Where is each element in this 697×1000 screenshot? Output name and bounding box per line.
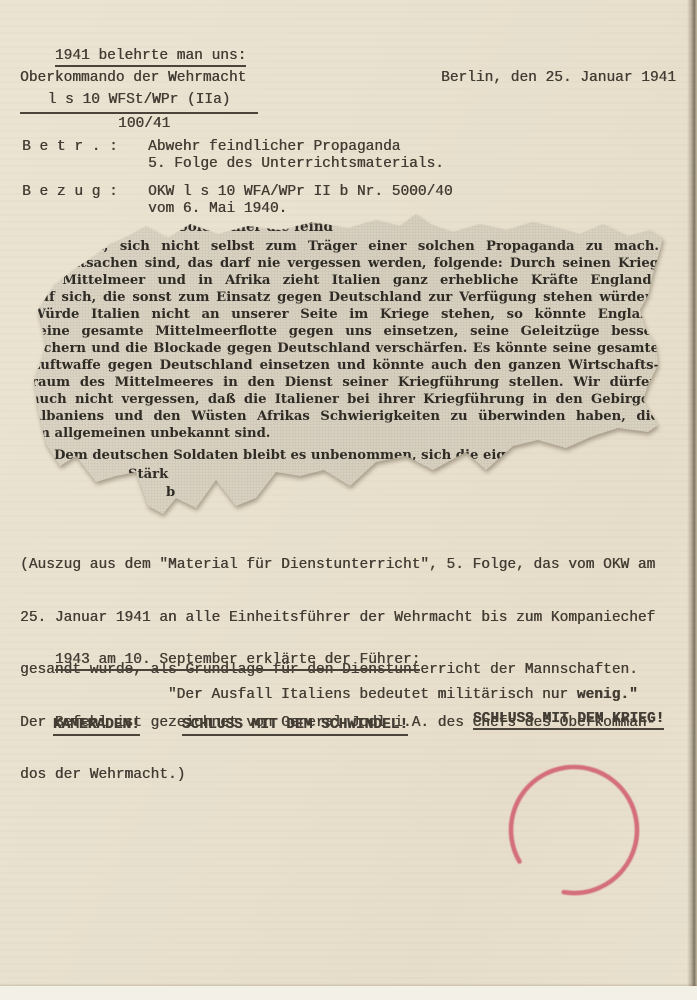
- clipping-line: auch nicht vergessen, daß die Italiener …: [31, 391, 659, 408]
- bezug-label: B e z u g :: [22, 184, 118, 202]
- clipping-line: Würde Italien nicht an unserer Seite im …: [31, 306, 659, 323]
- betreff-line1: Abwehr feindlicher Propaganda: [148, 139, 400, 157]
- letterhead-ref: l s 10 WFSt/WPr (IIa): [20, 92, 258, 114]
- slogan-kameraden: KAMERADEN!: [18, 699, 140, 752]
- slogan-schwindel: SCHLUSS MIT DEM SCHWINDEL!: [147, 699, 408, 752]
- clipping-line: Luftwaffe gegen Deutschland einsetzen un…: [31, 357, 659, 374]
- leaflet-document: 1941 belehrte man uns: Oberkommando der …: [0, 0, 697, 1000]
- clipping-line: ie Pflicht, sich nicht selbst zum Träger…: [31, 238, 659, 255]
- clipping-scrap: isch: [22, 467, 52, 482]
- scan-edge-bottom: [0, 986, 697, 1000]
- red-circle-stamp: [498, 754, 650, 906]
- clipping-partial-bottom: Dem deutschen Soldaten bleibt es unbenom…: [31, 448, 659, 463]
- excerpt-line: (Auszug aus dem "Material für Dienstunte…: [20, 557, 655, 575]
- clipping-body: ie Pflicht, sich nicht selbst zum Träger…: [31, 238, 659, 442]
- clipping-scrap: b: [166, 485, 175, 500]
- scan-edge-right: [687, 0, 697, 1000]
- clipping-partial-top: Soldat hier die feind: [178, 219, 333, 235]
- document-title-text: 1941 belehrte man uns:: [55, 48, 246, 67]
- clipping-line: im allgemeinen unbekannt sind.: [31, 425, 659, 442]
- clipping-line: Albaniens und den Wüsten Afrikas Schwier…: [31, 408, 659, 425]
- clipping-line: auf sich, die sonst zum Einsatz gegen De…: [31, 289, 659, 306]
- slogan-krieg: SCHLUSS MIT DEM KRIEG!: [438, 693, 664, 746]
- clipping-line: Die Tatsachen sind, das darf nie vergess…: [31, 255, 659, 272]
- torn-clipping: Soldat hier die feind ie Pflicht, sich n…: [18, 210, 682, 522]
- torn-clipping-paper: Soldat hier die feind ie Pflicht, sich n…: [18, 210, 682, 522]
- letterhead-ref-number: 100/41: [118, 116, 170, 134]
- excerpt-line: 25. Januar 1941 an alle Einheitsführer d…: [20, 610, 655, 628]
- letterhead-date: Berlin, den 25. Januar 1941: [441, 70, 676, 88]
- heading-1943-text: 1943 am 10. September erklärte der Führe…: [55, 652, 420, 671]
- clipping-line: sichern und die Blockade gegen Deutschla…: [31, 340, 659, 357]
- letterhead-org: Oberkommando der Wehrmacht: [20, 70, 246, 88]
- clipping-line: raum des Mittelmeeres in den Dienst sein…: [31, 374, 659, 391]
- stamp-ring: [498, 754, 650, 906]
- bezug-line1: OKW l s 10 WFA/WPr II b Nr. 5000/40: [148, 184, 453, 202]
- betreff-label: B e t r . :: [22, 139, 118, 157]
- clipping-scrap: Stärk: [128, 467, 168, 482]
- clipping-line: im Mittelmeer und in Afrika zieht Italie…: [31, 272, 659, 289]
- clipping-line: seine gesamte Mittelmeerflotte gegen uns…: [31, 323, 659, 340]
- betreff-line2: 5. Folge des Unterrichtsmaterials.: [148, 156, 444, 174]
